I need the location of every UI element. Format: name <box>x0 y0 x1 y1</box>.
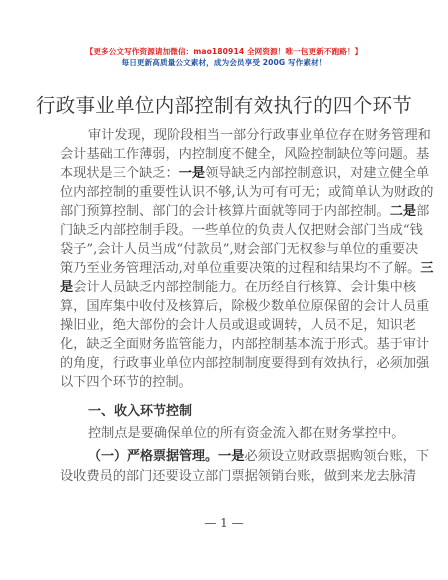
emphasis-text: 是 <box>60 280 73 295</box>
emphasis-text: 一是 <box>179 166 205 181</box>
section-heading-income-control: 一、收入环节控制 <box>88 400 192 419</box>
line-text: 部 <box>416 204 429 219</box>
promo-banner-line-2: 每日更新高质量公文素材，成为会员享受 200G 写作素材！ <box>0 57 448 68</box>
paragraph-line: 以下四个环节的控制。 <box>60 371 392 390</box>
subsection-heading: （一）严格票据管理。 <box>88 449 218 464</box>
subsection-line-2: 设收费员的部门还要设立部门票据领销台账，做到来龙去脉清 <box>60 465 392 484</box>
paragraph-line: 的角度，行政事业单位内部控制制度要得到有效执行，必须加强 <box>60 352 392 371</box>
emphasis-text: 三 <box>420 261 433 276</box>
line-text: 操旧业，绝大部份的会计人员或退或调转，人员不足，知识老 <box>60 318 416 333</box>
line-text: 以下四个环节的控制。 <box>60 375 192 390</box>
paragraph-line: 策乃至业务管理活动,对单位重要决策的过程和结果均不了解。三 <box>60 257 392 276</box>
paragraph-line: 位内部控制的重要性认识不够,认为可有可无；或简单认为财政的 <box>60 181 392 200</box>
line-text: 袋子”,会计人员当成“付款员”,财会部门无权参与单位的重要决 <box>60 242 418 257</box>
line-text: 领导缺乏内部控制意识，对建立健全单 <box>205 166 429 181</box>
emphasis-text: 二是 <box>390 204 416 219</box>
line-text: 化，缺乏全面财务监管能力，内部控制基本流于形式。基于审计 <box>60 337 429 352</box>
line-text: 的角度，行政事业单位内部控制制度要得到有效执行，必须加强 <box>60 356 429 371</box>
document-title: 行政事业单位内部控制有效执行的四个环节 <box>0 90 448 118</box>
subsection-lead-bold: 一是 <box>218 449 244 464</box>
paragraph-line: 是会计人员缺乏内部控制能力。在历经自行核算、会计集中核 <box>60 276 392 295</box>
paragraph-line: 操旧业，绝大部份的会计人员或退或调转，人员不足，知识老 <box>60 314 392 333</box>
line-text: 策乃至业务管理活动,对单位重要决策的过程和结果均不了解。 <box>60 261 420 276</box>
paragraph-line: 部门预算控制、部门的会计核算片面就等同于内部控制。二是部 <box>60 200 392 219</box>
line-text: 会计人员缺乏内部控制能力。在历经自行核算、会计集中核 <box>73 280 416 295</box>
paragraph-line: 化，缺乏全面财务监管能力，内部控制基本流于形式。基于审计 <box>60 333 392 352</box>
paragraph-line: 门缺乏内部控制手段。一些单位的负责人仅把财会部门当成“钱 <box>60 219 392 238</box>
paragraph-line: 袋子”,会计人员当成“付款员”,财会部门无权参与单位的重要决 <box>60 238 392 257</box>
line-text: 审计发现，现阶段相当一部分行政事业单位存在财务管理和 <box>88 128 431 143</box>
document-page: 【更多公文写作资源请加微信：mao180914 全网资源！唯一包更新不跑路！】 … <box>0 0 448 580</box>
line-text: 本现状是三个缺乏： <box>60 166 179 181</box>
line-text: 位内部控制的重要性认识不够,认为可有可无；或简单认为财政的 <box>60 185 433 200</box>
line-text: 部门预算控制、部门的会计核算片面就等同于内部控制。 <box>60 204 390 219</box>
section-intro-text: 控制点是要确保单位的所有资金流入都在财务掌控中。 <box>88 422 405 441</box>
page-number: — 1 — <box>0 516 448 530</box>
subsection-line-1: （一）严格票据管理。一是必须设立财政票据购领台账，下 <box>88 445 392 464</box>
promo-banner-line-1: 【更多公文写作资源请加微信：mao180914 全网资源！唯一包更新不跑路！】 <box>0 46 448 57</box>
line-text: 算，国库集中收付及核算后，除极少数单位原保留的会计人员重 <box>60 299 429 314</box>
line-text: 门缺乏内部控制手段。一些单位的负责人仅把财会部门当成“钱 <box>60 223 423 238</box>
paragraph-line: 本现状是三个缺乏：一是领导缺乏内部控制意识，对建立健全单 <box>60 162 392 181</box>
paragraph-line: 算，国库集中收付及核算后，除极少数单位原保留的会计人员重 <box>60 295 392 314</box>
paragraph-line: 审计发现，现阶段相当一部分行政事业单位存在财务管理和 <box>88 124 392 143</box>
subsection-line-1-text: 必须设立财政票据购领台账，下 <box>244 449 429 464</box>
paragraph-line: 会计基础工作薄弱，内控制度不健全，风险控制缺位等问题。基 <box>60 143 392 162</box>
line-text: 会计基础工作薄弱，内控制度不健全，风险控制缺位等问题。基 <box>60 147 429 162</box>
